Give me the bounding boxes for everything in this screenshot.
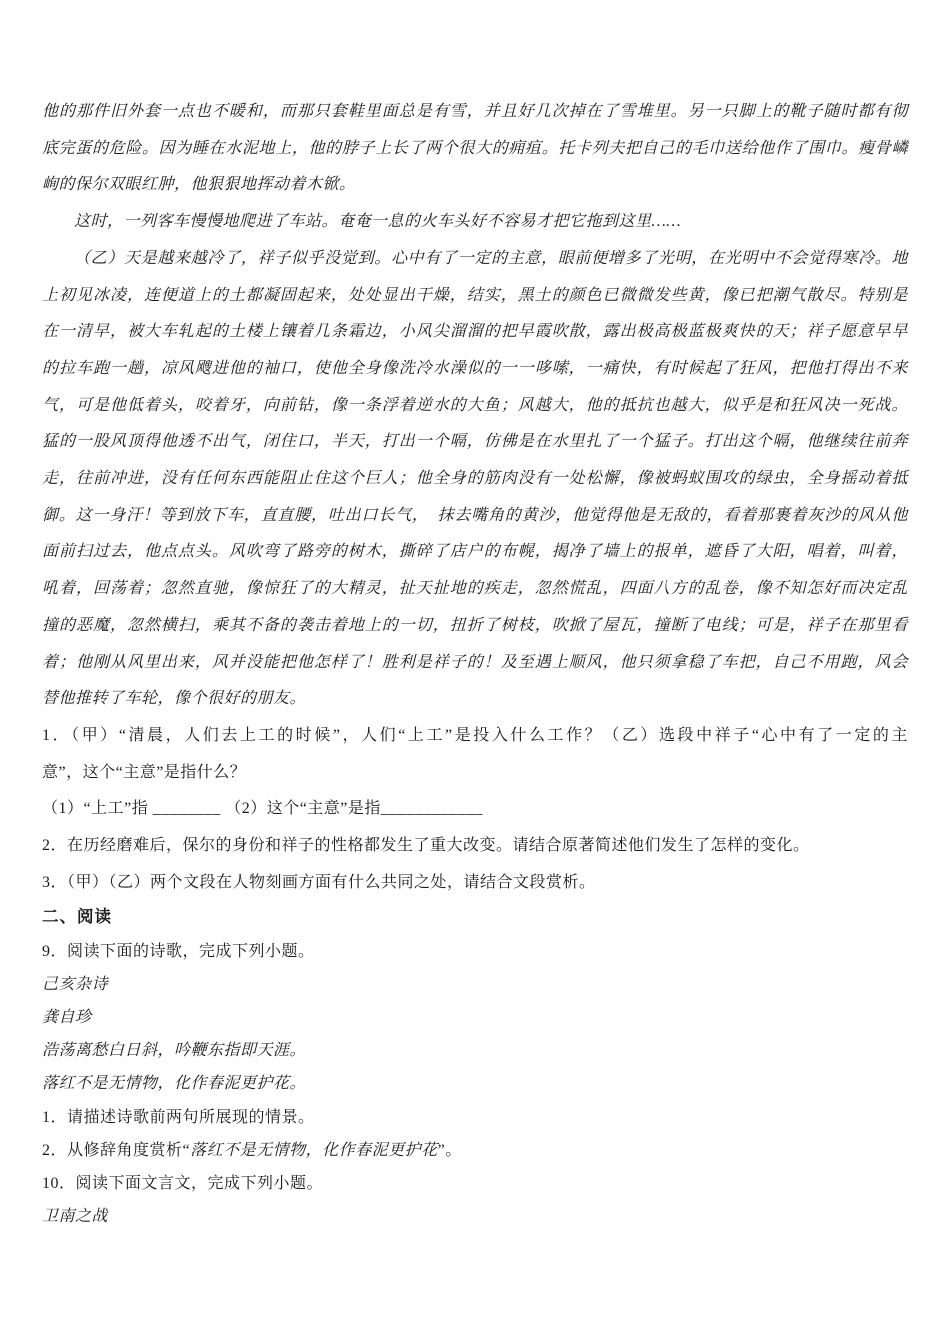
hei-text-run: 上工: [240, 727, 277, 744]
text-run: 的时候”，人们“上工”是投入什么工作？（乙）选段中祥子“心中有了一定的主: [277, 727, 908, 744]
passage-jia-line: 他的那件旧外套一点也不暖和，而那只套鞋里面总是有雪，并且好几次掉在了雪堆里。另一…: [42, 94, 908, 131]
passage-yi-line: 替他推转了车轮，像个很好的朋友。: [42, 681, 908, 718]
classical-passage-title: 卫南之战: [42, 1200, 908, 1233]
passage-jia-line: 这时，一列客车慢慢地爬进了车站。奄奄一息的火车头好不容易才把它拖到这里……: [42, 204, 908, 241]
passage-yi-line: 气，可是他低着头，咬着牙，向前钻，像一条浮着逆水的大鱼；风越大，他的抵抗也越大，…: [42, 388, 908, 425]
poem-line: 浩荡离愁白日斜，吟鞭东指即天涯。: [42, 1034, 908, 1067]
section-heading: 二、阅读: [42, 901, 908, 934]
passage-yi-line: 吼着，回荡着；忽然直驰，像惊狂了的大精灵，扯天扯地的疾走，忽然慌乱，四面八方的乱…: [42, 571, 908, 608]
exam-document-page: 他的那件旧外套一点也不暖和，而那只套鞋里面总是有雪，并且好几次掉在了雪堆里。另一…: [0, 0, 950, 1344]
question-1-line: 1．（甲）“清晨，人们去上工的时候”，人们“上工”是投入什么工作？（乙）选段中祥…: [42, 718, 908, 755]
passage-yi-line: 撞的恶魔，忽然横扫，乘其不备的袭击着地上的一切，扭折了树枝，吹掀了屋瓦，撞断了电…: [42, 608, 908, 645]
text-run: 1．（甲）“清晨，人们去: [42, 727, 240, 744]
kai-run-text-run: 落红不是无情物，化作春泥更护花: [190, 1142, 438, 1159]
passage-yi-line: 走，往前冲进，没有任何东西能阻止住这个巨人；他全身的筋肉没有一处松懈，像被蚂蚁围…: [42, 461, 908, 498]
question-10-line: 10．阅读下面文言文，完成下列小题。: [42, 1167, 908, 1200]
passage-yi-line: 的拉车跑一趟，凉风飕进他的袖口，使他全身像洗冷水澡似的一一哆嗦，一痛快，有时候起…: [42, 351, 908, 388]
passage-yi-line: 上初见冰凌，连便道上的土都凝固起来，处处显出干燥，结实，黑土的颜色已微微发些黄，…: [42, 278, 908, 315]
text-run: 2．从修辞角度赏析“: [42, 1142, 190, 1159]
poem-question-1-line: 1．请描述诗歌前两句所展现的情景。: [42, 1101, 908, 1134]
passage-yi-line: 面前扫过去，他点点头。风吹弯了路旁的树木，撕碎了店户的布幌，揭净了墙上的报单，遮…: [42, 534, 908, 571]
passage-yi-line: 在一清早，被大车轧起的土楼上镶着几条霜边，小风尖溜溜的把早霞吹散，露出极高极蓝极…: [42, 314, 908, 351]
document-body: 他的那件旧外套一点也不暖和，而那只套鞋里面总是有雪，并且好几次掉在了雪堆里。另一…: [0, 0, 950, 1234]
poem-title: 己亥杂诗: [42, 968, 908, 1001]
question-1-line: 意”，这个“主意”是指什么？: [42, 755, 908, 792]
poem-question-2-line: 2．从修辞角度赏析“落红不是无情物，化作春泥更护花”。: [42, 1134, 908, 1167]
fill-in-blanks-line: （1）“上工”指 ________ （2）这个“主意”是指___________…: [42, 791, 908, 828]
passage-yi-line: 猛的一股风顶得他透不出气，闭住口，半天，打出一个嗝，仿佛是在水里扎了一个猛子。打…: [42, 424, 908, 461]
poem-line: 落红不是无情物，化作春泥更护花。: [42, 1067, 908, 1100]
question-2-line: 2．在历经磨难后，保尔的身份和祥子的性格都发生了重大改变。请结合原著简述他们发生…: [42, 828, 908, 865]
passage-jia-line: 底完蛋的危险。因为睡在水泥地上，他的脖子上长了两个很大的痈疽。托卡列夫把自己的毛…: [42, 131, 908, 168]
question-3-line: 3．（甲）（乙）两个文段在人物刻画方面有什么共同之处，请结合文段赏析。: [42, 865, 908, 902]
passage-jia-line: 峋的保尔双眼红肿，他狠狠地挥动着木锨。: [42, 167, 908, 204]
poem-author: 龚自珍: [42, 1001, 908, 1034]
text-run: ”。: [438, 1142, 462, 1159]
question-9-line: 9．阅读下面的诗歌，完成下列小题。: [42, 935, 908, 968]
passage-yi-line: （乙）天是越来越冷了，祥子似乎没觉到。心中有了一定的主意，眼前便增多了光明，在光…: [42, 241, 908, 278]
passage-yi-line: 御。这一身汗！等到放下车，直直腰，吐出口长气， 抹去嘴角的黄沙，他觉得他是无敌的…: [42, 498, 908, 535]
passage-yi-line: 着；他刚从风里出来，风并没能把他怎样了！胜利是祥子的！及至遇上顺风，他只须拿稳了…: [42, 645, 908, 682]
